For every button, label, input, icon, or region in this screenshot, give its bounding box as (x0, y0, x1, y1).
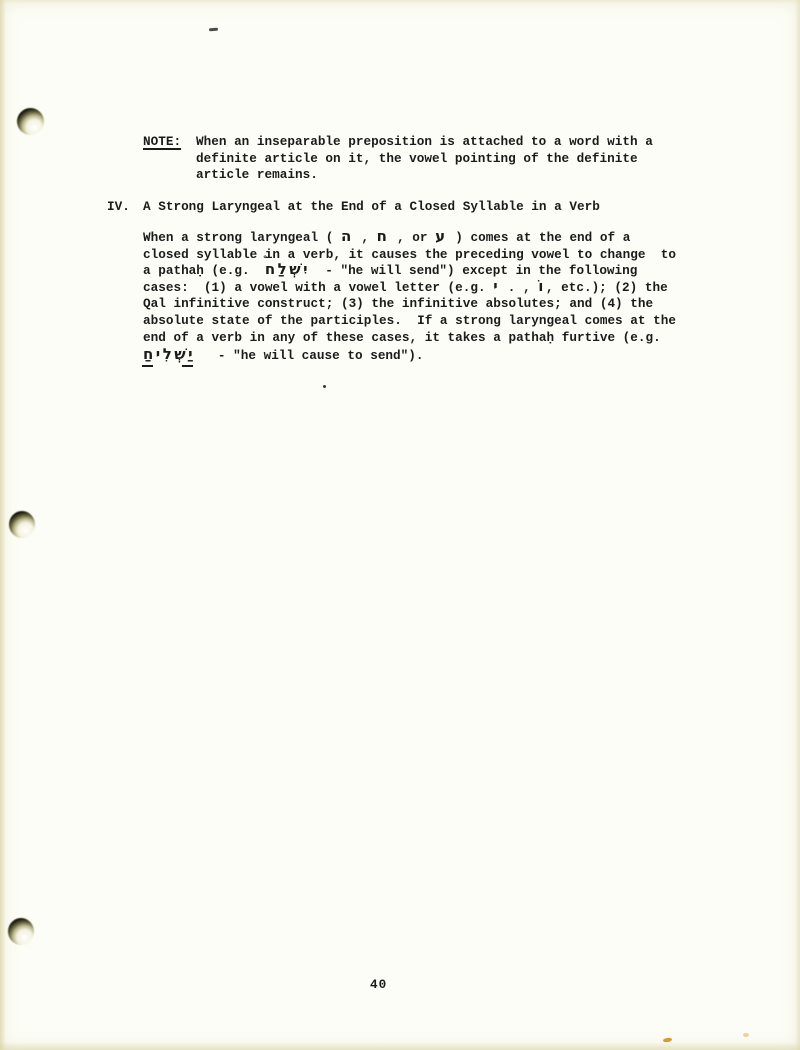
punch-hole-bottom (8, 918, 34, 945)
note-line-2: definite article on it, the vowel pointi… (196, 151, 653, 168)
punch-hole-middle (9, 511, 35, 538)
note-line-1: When an inseparable preposition is attac… (196, 134, 653, 151)
para-line-6: absolute state of the participles. If a … (143, 313, 676, 330)
hebrew-letter-ayin: ע (435, 227, 448, 245)
hebrew-word-yishlach: יִשְׁלַח (265, 260, 310, 278)
ink-speck-top (209, 28, 218, 32)
note-text: When an inseparable preposition is attac… (196, 134, 653, 184)
para-line-3: a pathaḥ (e.g. °יִשְׁלַח - "he will send… (143, 263, 676, 280)
latin-text: , etc.); (2) the (546, 280, 668, 295)
latin-text: When a strong laryngeal ( (143, 230, 341, 245)
hebrew-letter-vav: וֹ (538, 277, 546, 295)
latin-text: cases: (1) a vowel with a vowel letter (… (143, 280, 493, 295)
para-line-7: end of a verb in any of these cases, it … (143, 330, 676, 347)
latin-text: , (354, 230, 377, 245)
hebrew-letter-het: ח (377, 227, 390, 245)
latin-text: - "he will cause to send"). (195, 348, 423, 363)
para-line-8: יַשְׁלִיחַ - "he will cause to send"). (143, 348, 676, 365)
hebrew-word-yashliach-wrap: יַשְׁלִיחַ (143, 348, 195, 363)
underline-mark-left (142, 365, 153, 367)
stain-speck-bottom (663, 1037, 672, 1042)
note-block: NOTE: When an inseparable preposition is… (143, 134, 653, 184)
stain-speck-bottom-right (743, 1033, 749, 1037)
latin-text: , or (389, 230, 435, 245)
section-heading: IV. A Strong Laryngeal at the End of a C… (107, 199, 600, 214)
underline-mark-right (182, 365, 193, 367)
note-line-3: article remains. (196, 167, 653, 184)
latin-text: - "he will send") except in the followin… (310, 263, 637, 278)
para-line-1: When a strong laryngeal ( ה , ח , or ע )… (143, 230, 676, 247)
para-line-4: cases: (1) a vowel with a vowel letter (… (143, 280, 676, 297)
hebrew-word-yashliach: יַשְׁלִיחַ (143, 345, 195, 363)
page-number: 40 (370, 977, 387, 992)
ink-speck-mid (323, 385, 326, 388)
para-line-5: Qal infinitive construct; (3) the infini… (143, 296, 676, 313)
hebrew-letter-he: ה (341, 227, 354, 245)
latin-text: a pathaḥ (e.g. (143, 263, 265, 278)
section-title: A Strong Laryngeal at the End of a Close… (143, 199, 600, 214)
radical-ring-mark: ° (263, 256, 268, 265)
body-paragraph: When a strong laryngeal ( ה , ח , or ע )… (143, 230, 676, 365)
note-label: NOTE: (143, 134, 196, 184)
latin-text: ) comes at the end of a (448, 230, 631, 245)
section-number: IV. (107, 199, 143, 214)
hebrew-word-yishlach-wrap: °יִשְׁלַח (265, 263, 310, 278)
scanned-page: NOTE: When an inseparable preposition is… (0, 0, 800, 1050)
para-line-2: closed syllable in a verb, it causes the… (143, 247, 676, 264)
latin-text: . , (500, 280, 538, 295)
punch-hole-top (17, 108, 44, 135)
